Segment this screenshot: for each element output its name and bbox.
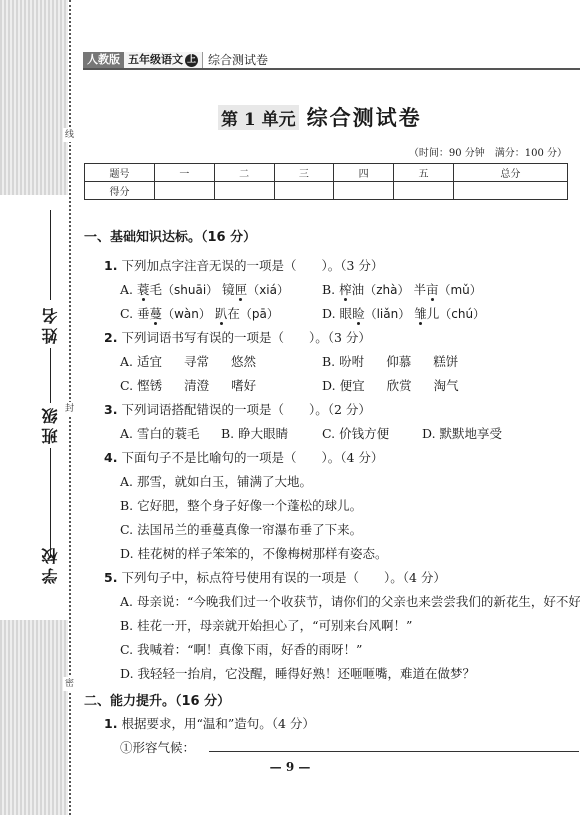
pinyin: （mǔ） <box>438 283 481 297</box>
question-text: 下列词语书写有误的一项是（ ）。（3 分） <box>121 330 370 345</box>
col-4: 四 <box>334 164 394 182</box>
question-1-5: 5. 下列句子中，标点符号使用有误的一项是（ ）。（4 分） <box>104 568 446 586</box>
section-1-title: 一、基础知识达标。（16 分） <box>84 226 256 245</box>
q4-option-a[interactable]: A. 那雪，就如白玉，铺满了大地。 <box>120 472 312 490</box>
question-number: 5. <box>104 570 117 585</box>
grade-subject-label: 五年级语文 上 <box>124 52 203 68</box>
dotted-char: 睑 <box>352 306 365 321</box>
score-table: 题号 一 二 三 四 五 总分 得分 <box>84 163 568 200</box>
name-field-line-bottom <box>50 348 51 403</box>
question-1-2: 2. 下列词语书写有误的一项是（ ）。（3 分） <box>104 328 371 346</box>
class-field-label: 班级 <box>39 400 62 448</box>
question-number: 3. <box>104 402 117 417</box>
pinyin: （liǎn） <box>365 307 411 321</box>
score-cell-total[interactable] <box>453 182 567 200</box>
col-5: 五 <box>394 164 454 182</box>
q5-option-a[interactable]: A. 母亲说：“今晚我们过一个收获节，请你们的父亲也来尝尝我们的新花生，好不好？… <box>120 592 580 610</box>
question-number: 1. <box>104 716 117 731</box>
grade-subject-text: 五年级语文 <box>128 52 183 68</box>
class-field[interactable]: 班级 <box>40 400 60 558</box>
question-1-3: 3. 下列词语搭配错误的一项是（ ）。（2 分） <box>104 400 371 418</box>
q1-option-a[interactable]: A. 蓑毛（shuāi） 镜匣（xiá） <box>120 280 289 298</box>
char: 眼 <box>340 306 353 321</box>
question-text: 下面句子不是比喻句的一项是（ ）。（4 分） <box>121 450 383 465</box>
word: 慳锈 <box>137 376 162 394</box>
row-header-question-no: 题号 <box>85 164 155 182</box>
q2-option-d[interactable]: D.便宜欣赏淘气 <box>322 376 481 394</box>
name-field[interactable]: 姓名 <box>40 210 60 403</box>
score-table-header-row: 题号 一 二 三 四 五 总分 <box>85 164 568 182</box>
word: 淘气 <box>434 376 459 394</box>
word: 寻常 <box>184 352 209 370</box>
cut-mark-mi: 密 <box>63 677 76 691</box>
edition-label: 人教版 <box>83 52 124 68</box>
q1-option-b[interactable]: B. 榨油（zhà） 半亩（mǔ） <box>322 280 482 298</box>
char: 镜 <box>222 282 235 297</box>
paper-type-label: 综合测试卷 <box>203 52 268 68</box>
option-label: B. <box>322 282 335 297</box>
q5-option-c[interactable]: C. 我喊着：“啊！真像下雨，好香的雨呀！” <box>120 640 362 658</box>
col-total: 总分 <box>453 164 567 182</box>
sub-question-label: ①形容气候： <box>120 738 195 756</box>
pinyin: （pā） <box>240 307 279 321</box>
char: 垂 <box>137 306 150 321</box>
char: 半 <box>413 282 426 297</box>
score-cell-4[interactable] <box>334 182 394 200</box>
cut-mark-feng: 封 <box>63 402 76 416</box>
char: 儿 <box>427 306 440 321</box>
name-field-line <box>50 210 51 300</box>
volume-badge-icon: 上 <box>185 54 198 67</box>
char: 油 <box>352 282 365 297</box>
dotted-char: 亩 <box>426 282 439 297</box>
q1-option-d[interactable]: D. 眼睑（liǎn） 雏儿（chú） <box>322 304 485 322</box>
running-header: 人教版 五年级语文 上 综合测试卷 <box>83 52 268 68</box>
pinyin: （xiá） <box>247 283 289 297</box>
school-field[interactable]: 学校 <box>40 540 60 588</box>
option-label: A. <box>120 354 133 369</box>
q4-option-b[interactable]: B. 它好肥，整个身子好像一个蓬松的球儿。 <box>120 496 362 514</box>
question-text: 根据要求，用“温和”造句。（4 分） <box>121 716 314 731</box>
pinyin: （chú） <box>439 307 485 321</box>
option-label: D. <box>322 306 336 321</box>
pinyin: （shuāi） <box>162 283 218 297</box>
q5-option-b[interactable]: B. 桂花一开，母亲就开始担心了，“可别来台风啊！” <box>120 616 412 634</box>
option-label: C. <box>120 306 133 321</box>
score-table-score-row: 得分 <box>85 182 568 200</box>
option-label: B. <box>322 354 335 369</box>
page-title: 第 1 单元 综合测试卷 <box>218 102 422 132</box>
row-header-score: 得分 <box>85 182 155 200</box>
option-label: C. <box>120 378 133 393</box>
question-number: 2. <box>104 330 117 345</box>
question-text: 下列加点字注音无误的一项是（ ）。（3 分） <box>121 258 383 273</box>
dotted-char: 趴 <box>215 306 228 321</box>
question-1-4: 4. 下面句子不是比喻句的一项是（ ）。（4 分） <box>104 448 383 466</box>
question-text: 下列句子中，标点符号使用有误的一项是（ ）。（4 分） <box>121 570 445 585</box>
score-cell-2[interactable] <box>214 182 274 200</box>
dotted-char: 榨 <box>339 282 352 297</box>
q3-option-c[interactable]: C. 价钱方便 <box>322 424 389 442</box>
pinyin: （wàn） <box>162 307 211 321</box>
pinyin: （zhà） <box>364 283 409 297</box>
option-label: A. <box>120 282 133 297</box>
q4-option-c[interactable]: C. 法国吊兰的垂蔓真像一帘瀑布垂了下来。 <box>120 520 362 538</box>
title-main: 综合测试卷 <box>307 102 422 132</box>
score-cell-1[interactable] <box>155 182 215 200</box>
word: 仰慕 <box>386 352 411 370</box>
section-2-title: 二、能力提升。（16 分） <box>84 690 230 709</box>
name-field-label: 姓名 <box>39 300 62 348</box>
header-rule <box>83 68 580 70</box>
col-3: 三 <box>274 164 334 182</box>
q1-option-c[interactable]: C. 垂蔓（wàn） 趴在（pā） <box>120 304 279 322</box>
word: 糕饼 <box>433 352 458 370</box>
word: 嗜好 <box>231 376 256 394</box>
option-label: D. <box>322 378 336 393</box>
q4-option-d[interactable]: D. 桂花树的样子笨笨的，不像梅树那样有姿态。 <box>120 544 388 562</box>
word: 悠然 <box>231 352 256 370</box>
q3-option-d[interactable]: D. 默默地享受 <box>422 424 502 442</box>
school-field-label: 学校 <box>39 540 62 588</box>
question-number: 4. <box>104 450 117 465</box>
score-cell-3[interactable] <box>274 182 334 200</box>
dotted-char: 蓑 <box>137 282 150 297</box>
q2-option-c[interactable]: C.慳锈清澄嗜好 <box>120 376 278 394</box>
q2-option-b[interactable]: B.吩咐仰慕糕饼 <box>322 352 480 370</box>
unit-label: 第 1 单元 <box>218 105 299 130</box>
question-text: 下列词语搭配错误的一项是（ ）。（2 分） <box>121 402 370 417</box>
page-number: — 9 — <box>0 760 580 774</box>
char: 在 <box>227 306 240 321</box>
score-cell-5[interactable] <box>394 182 454 200</box>
word: 吩咐 <box>339 352 364 370</box>
dotted-char: 匣 <box>235 282 248 297</box>
dotted-char: 蔓 <box>150 306 163 321</box>
q3-option-b[interactable]: B. 睁大眼睛 <box>221 424 288 442</box>
q5-option-d[interactable]: D. 我轻轻一抬肩，它没醒，睡得好熟！还咂咂嘴，难道在做梦？ <box>120 664 475 682</box>
char: 毛 <box>150 282 163 297</box>
question-1-1: 1. 下列加点字注音无误的一项是（ ）。（3 分） <box>104 256 383 274</box>
question-2-1: 1. 根据要求，用“温和”造句。（4 分） <box>104 714 315 732</box>
question-number: 1. <box>104 258 117 273</box>
cut-mark-xian: 线 <box>63 128 76 142</box>
word: 欣赏 <box>387 376 412 394</box>
col-2: 二 <box>214 164 274 182</box>
word: 适宜 <box>137 352 162 370</box>
q2-option-a[interactable]: A.适宜寻常悠然 <box>120 352 278 370</box>
q3-option-a[interactable]: A. 雪白的蓑毛 <box>120 424 199 442</box>
answer-line[interactable] <box>209 751 579 752</box>
word: 便宜 <box>340 376 365 394</box>
col-1: 一 <box>155 164 215 182</box>
exam-meta: （时间：90 分钟 满分：100 分） <box>409 144 567 159</box>
word: 清澄 <box>184 376 209 394</box>
dotted-char: 雏 <box>414 306 427 321</box>
